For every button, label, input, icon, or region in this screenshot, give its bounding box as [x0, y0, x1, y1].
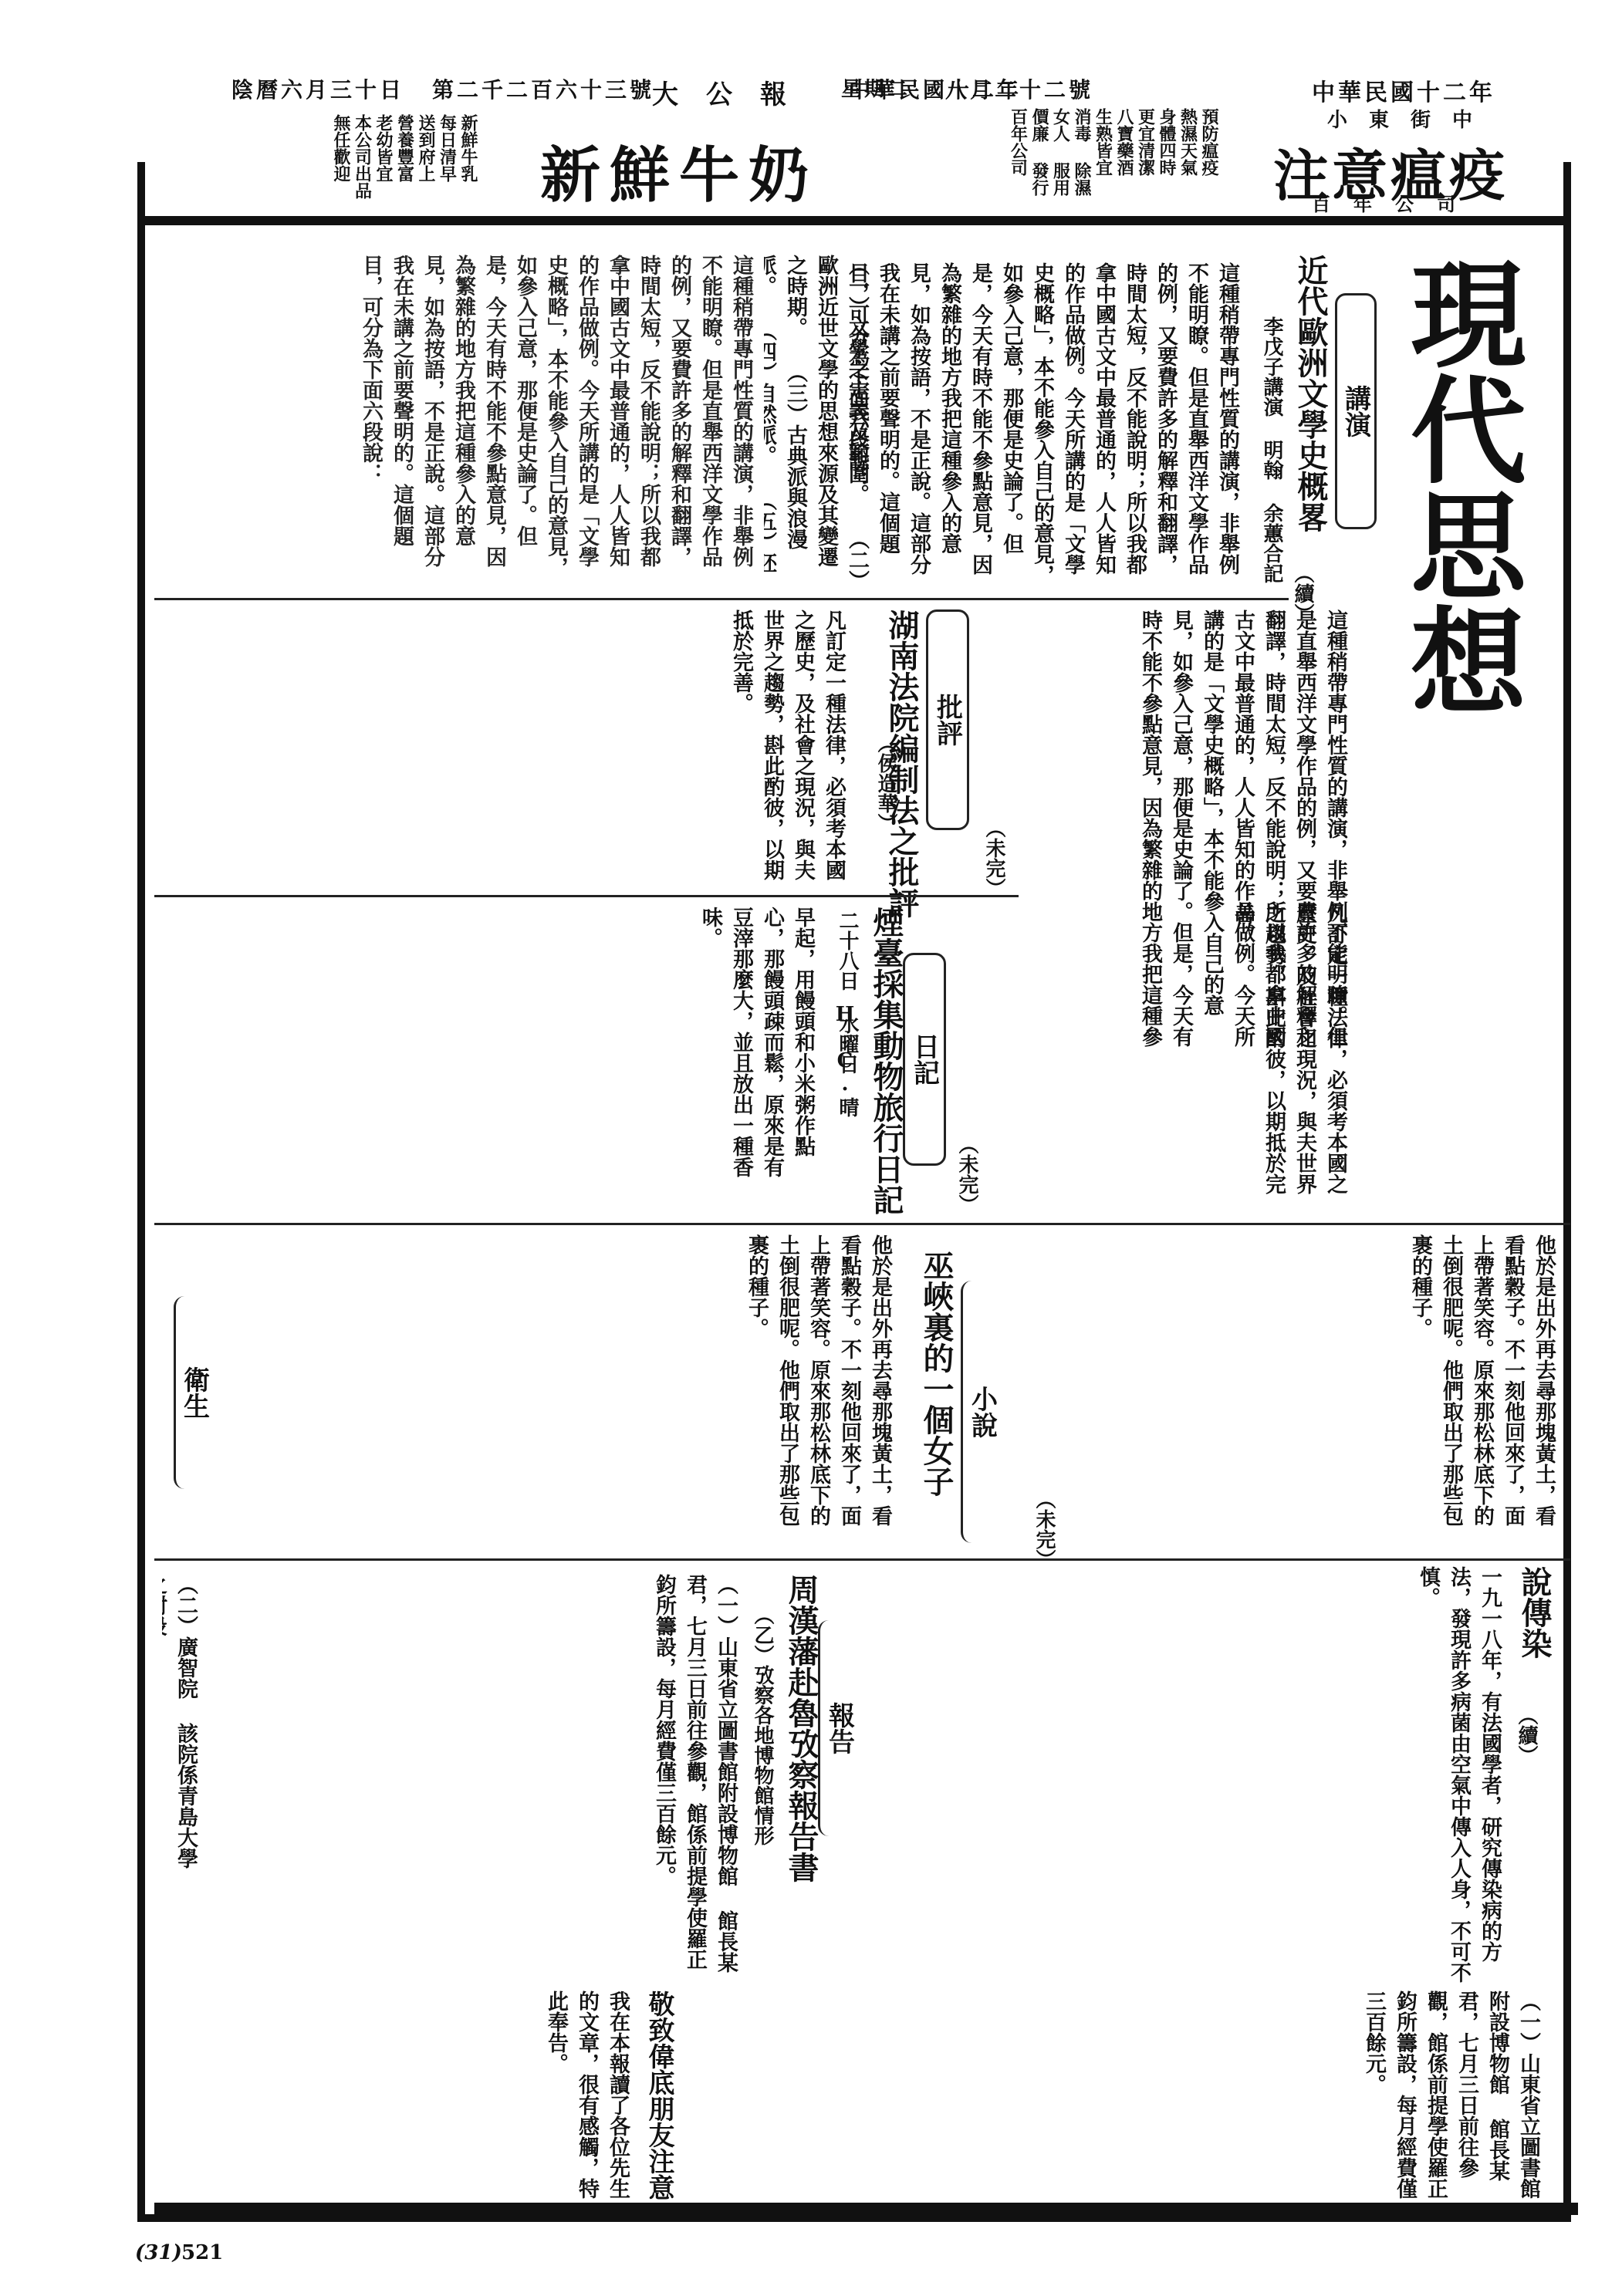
- masthead-paper-name: 大公報: [652, 73, 814, 111]
- report-title: 周漢藩赴魯攷察報告書: [779, 1574, 823, 1882]
- report-list-item: （二）廣智院 該院係青島大學之附設: [162, 1574, 201, 1882]
- divider: [154, 1558, 1570, 1561]
- section-label-diary: 日記: [903, 953, 946, 1166]
- outline-item: （四）自然派。: [764, 320, 776, 466]
- notice-title: 敬致偉底朋友注意: [640, 1990, 678, 2200]
- fiction-body: 他於是出外再去尋那塊黃土，看看點穀子。不一刻他回來了，面上帶著笑容。原來那松林底…: [216, 1234, 895, 1543]
- health-body: 一九一八年，有法國學者，研究傳染病的方法，發現許多病菌由空氣中傳入人身，不可不慎…: [1003, 1566, 1505, 1998]
- diary-body: 早起，用饅頭和小米粥作點心，那饅頭疎而鬆，原來是有豆滓那麼大，並且放出一種香味。: [154, 907, 818, 1184]
- report-body: （一）山東省立圖書館附設博物館 館長某君，七月三日前往參觀，館係前提學使羅正鈞所…: [154, 1574, 741, 1975]
- lecture-title: 近代歐洲文學史概畧: [1289, 255, 1333, 532]
- lecture-body-cont: 這種稍帶專門性質的講演，非舉例不能明瞭。但是直舉西洋文學作品的例，又要費許多的解…: [154, 255, 756, 586]
- section-label-health: 衛生: [174, 1296, 213, 1489]
- outline-item: （一）文學之定義及範圍。: [845, 255, 869, 505]
- report-body-cont: （一）山東省立圖書館附設博物館 館長某君，七月三日前往參觀，館係前提學使羅正鈞所…: [679, 1990, 1543, 2199]
- critique-byline: （侯造華）: [872, 733, 901, 833]
- health-title: 說傳染: [1512, 1566, 1556, 1659]
- masthead-lunar-date: 陰曆六月三十日: [231, 73, 404, 104]
- masthead-month-day: 八月二十二號: [945, 73, 1093, 104]
- section-label-fiction: 小說: [961, 1281, 1002, 1543]
- diary-date-line: 二十八日 水曜日 晴: [833, 910, 862, 1117]
- divider: [154, 598, 1289, 600]
- right-middle-text: 凡訂定一種法律，必須考本國之歷史，及社會之現況，與夫世界之趨勢，斟此酌彼，以期抵…: [1026, 903, 1350, 1211]
- banner-title: 現代思想: [1389, 255, 1528, 717]
- critique-status: （未完）: [980, 818, 1009, 898]
- masthead-roc-year: 中華民國十二年: [1312, 73, 1495, 107]
- section-label-report: 報告: [818, 1620, 859, 1836]
- diary-status: （未完）: [953, 1134, 982, 1214]
- divider: [154, 895, 1019, 897]
- report-subtitle: （乙）攷察各地博物館情形: [748, 1605, 777, 1845]
- masthead-issue-number: 第二千二百六十三號: [432, 73, 654, 104]
- fiction-body-right: 他於是出外再去尋那塊黃土，看看點穀子。不一刻他回來了，面上帶著笑容。原來那松林底…: [1034, 1234, 1559, 1543]
- masthead-weekday: 星期二: [841, 73, 911, 102]
- section-label-lecture: 講演: [1335, 293, 1377, 529]
- section-label-critique: 批評: [926, 609, 969, 830]
- critique-body: 凡訂定一種法律，必須考本國之歷史，及社會之現況，與夫世界之趨勢，斟此酌彼，以期抵…: [154, 609, 849, 887]
- health-continued: （續）: [1512, 1705, 1541, 1765]
- lecture-body: 這種稍帶專門性質的講演，非舉例不能明瞭。但是直舉西洋文學作品的例，又要費許多的解…: [849, 262, 1242, 594]
- lecture-outline: （一）文學之定義及範圍。 （二）歐洲近世文學的思想來源及其變遷之時期。 （三）古…: [764, 255, 872, 586]
- bottom-rule: [154, 2203, 1578, 2215]
- notice-body: 我在本報讀了各位先生的文章，很有感觸，特此奉告。: [154, 1990, 633, 2199]
- footer-page-index: (31): [135, 2241, 182, 2264]
- fiction-title: 巫峽裏的一個女子: [914, 1250, 958, 1497]
- lecture-byline: 李戊子講演 明翰 余蕙合記: [1258, 316, 1286, 583]
- footer-page-number: 521: [181, 2241, 223, 2264]
- divider: [154, 1223, 1570, 1225]
- diary-title: 煙臺採集動物旅行日記: [864, 907, 908, 1215]
